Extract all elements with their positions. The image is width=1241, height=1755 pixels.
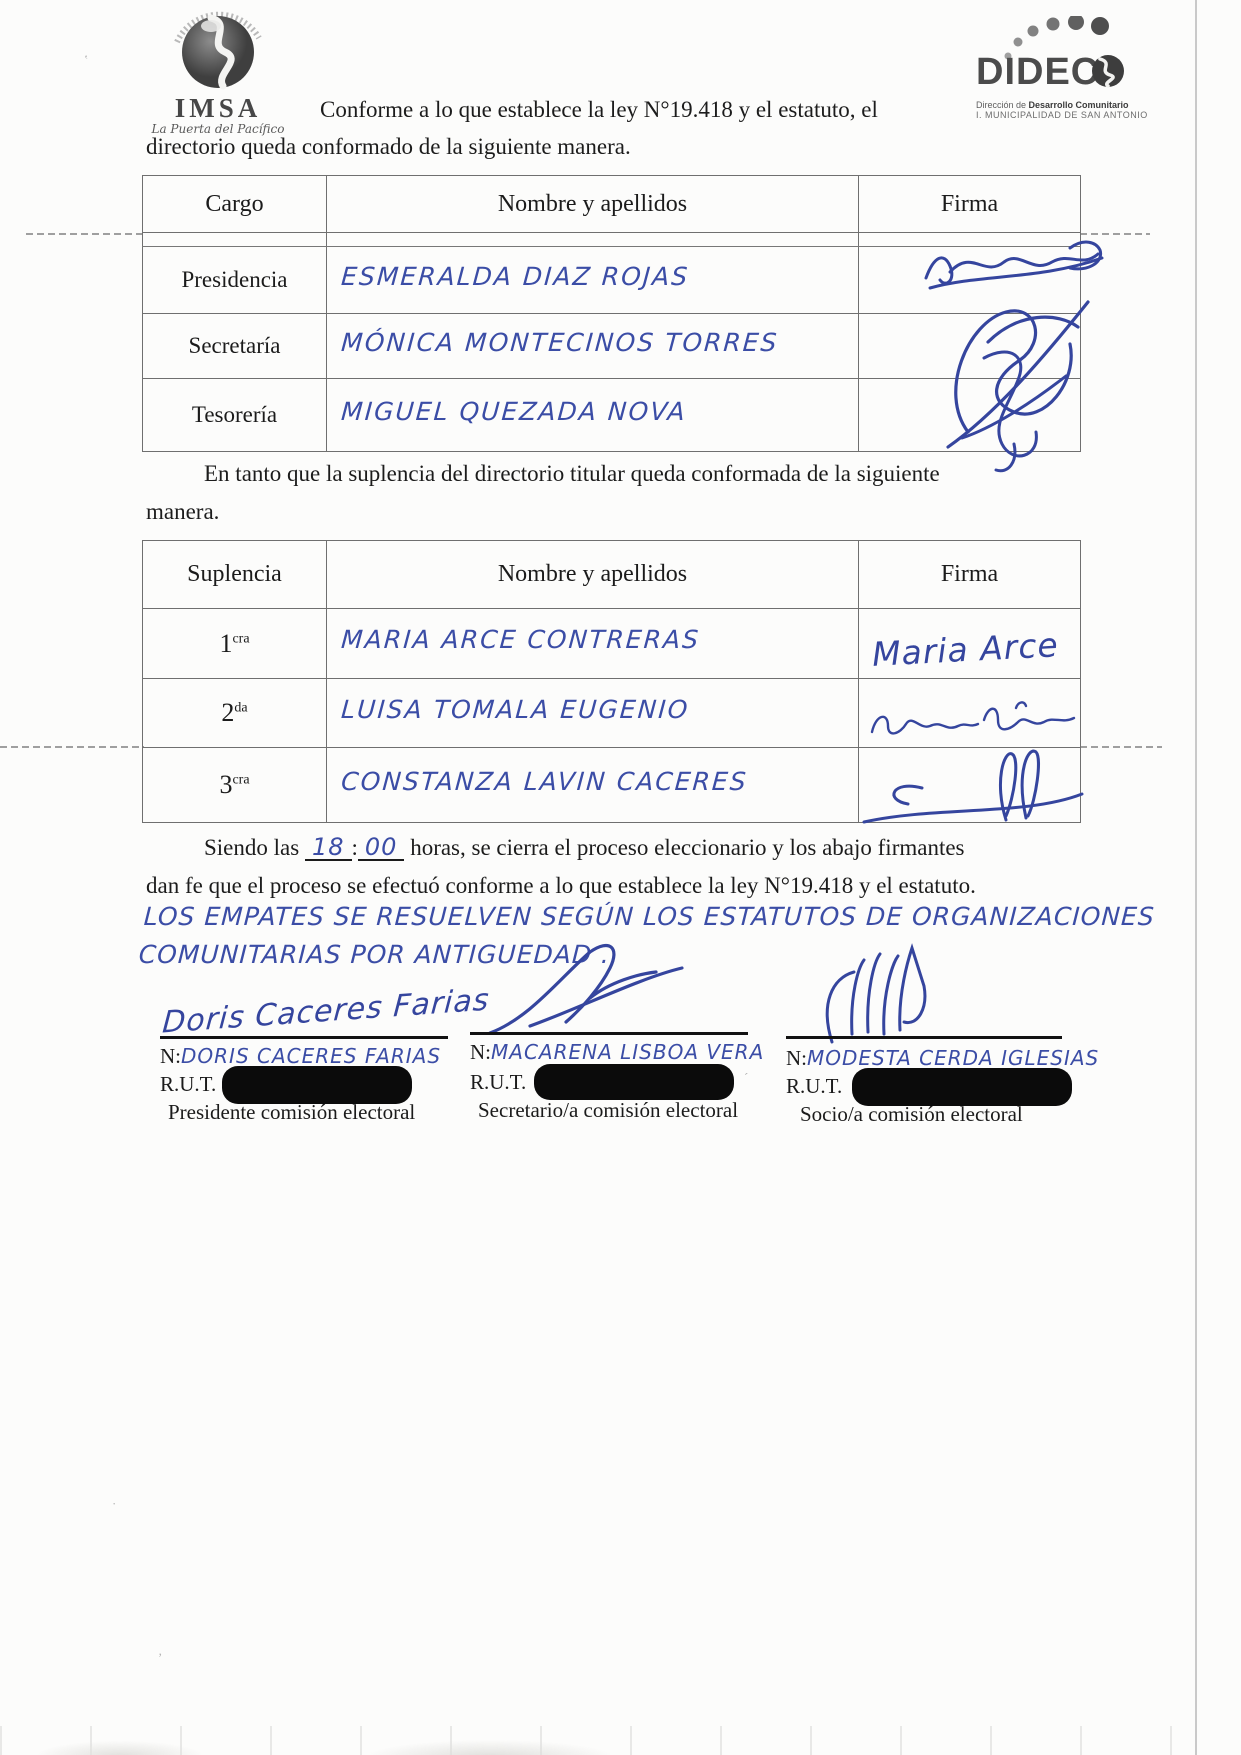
- dideco-logo: DIDEC Dirección de Desarrollo Comunitari…: [948, 16, 1198, 120]
- nombre-secretaria: MÓNICA MONTECINOS TORRES: [327, 314, 859, 379]
- signature-tesoreria: [944, 340, 1084, 480]
- minutos-value: 00: [365, 833, 398, 861]
- board-header-cargo: Cargo: [143, 176, 327, 233]
- n-label: N:: [470, 1040, 491, 1064]
- dideco-globe-icon: [1092, 55, 1124, 87]
- signer-3-name: MODESTA CERDA IGLESIAS: [807, 1046, 1099, 1070]
- nombre-suplente-3: CONSTANZA LAVIN CACERES: [327, 748, 859, 823]
- imsa-logo: IMSA La Puerta del Pacífico: [138, 8, 298, 136]
- middle-line-2: manera.: [146, 498, 219, 527]
- signer-2-name: MACARENA LISBOA VERA: [491, 1040, 764, 1064]
- imsa-globe-icon: [163, 8, 273, 92]
- board-header-nombre: Nombre y apellidos: [327, 176, 859, 233]
- cargo-secretaria: Secretaría: [143, 314, 327, 379]
- intro-line-2: directorio queda conformado de la siguie…: [146, 133, 631, 162]
- alternates-header-nombre: Nombre y apellidos: [327, 541, 859, 609]
- closing-prefix: Siendo las: [204, 835, 299, 860]
- scanned-election-document: ‛ · ’ IMSA La Puerta del Pacífico DIDEC: [0, 0, 1241, 1755]
- board-header-row: Cargo Nombre y apellidos Firma: [143, 176, 1081, 233]
- scan-speck: ´: [744, 1070, 748, 1086]
- signer-1-name: DORIS CACERES FARIAS: [181, 1044, 441, 1068]
- alternates-header-row: Suplencia Nombre y apellidos Firma: [143, 541, 1081, 609]
- hora-blank: 18: [305, 835, 352, 861]
- intro-line-1: Conforme a lo que establece la ley N°19.…: [320, 96, 878, 125]
- signature-line: [470, 1032, 748, 1035]
- orden-3: 3cra: [143, 748, 327, 823]
- signer-1-rut-label: R.U.T.: [160, 1072, 216, 1097]
- handwritten-note-line-1: LOS EMPATES SE RESUELVEN SEGÚN LOS ESTAT…: [143, 902, 1156, 931]
- alternates-header-suplencia: Suplencia: [143, 541, 327, 609]
- signature-secretario-comision: [470, 938, 700, 1043]
- cargo-tesoreria: Tesorería: [143, 379, 327, 452]
- signer-1-role: Presidente comisión electoral: [168, 1100, 415, 1125]
- n-label: N:: [160, 1044, 181, 1068]
- nombre-tesoreria: MIGUEL QUEZADA NOVA: [327, 379, 859, 452]
- signature-presidente-comision: Doris Caceres Farias: [161, 982, 491, 1040]
- n-label: N:: [786, 1046, 807, 1070]
- scan-artifact-dash: [1080, 746, 1162, 748]
- middle-line-1: En tanto que la suplencia del directorio…: [204, 460, 940, 489]
- signature-line: [160, 1036, 448, 1039]
- closing-rest: horas, se cierra el proceso eleccionario…: [410, 835, 964, 860]
- scan-artifact-dash: [26, 233, 144, 235]
- dideco-caption-line2: I. MUNICIPALIDAD DE SAN ANTONIO: [976, 110, 1198, 120]
- cargo-presidencia: Presidencia: [143, 247, 327, 314]
- signer-2-rut-label: R.U.T.: [470, 1070, 526, 1095]
- closing-line-2: dan fe que el proceso se efectuó conform…: [146, 872, 976, 901]
- alternates-header-firma: Firma: [859, 541, 1081, 609]
- signer-1-rut-redaction: [222, 1066, 412, 1104]
- nombre-suplente-1: MARIA ARCE CONTRERAS: [327, 609, 859, 679]
- nombre-presidencia: ESMERALDA DIAZ ROJAS: [327, 247, 859, 314]
- closing-line-1: Siendo las 18:00 horas, se cierra el pro…: [204, 834, 965, 863]
- signer-3-rut-label: R.U.T.: [786, 1074, 842, 1099]
- hora-value: 18: [312, 833, 345, 861]
- minutos-blank: 00: [358, 835, 405, 861]
- signer-2-rut-redaction: [534, 1064, 734, 1100]
- signer-3-role: Socio/a comisión electoral: [800, 1102, 1023, 1127]
- imsa-wordmark: IMSA: [138, 93, 298, 124]
- dideco-wordmark: DIDEC: [976, 51, 1099, 93]
- signature-suplente-3: [856, 742, 1086, 827]
- dideco-dots-icon: DIDEC: [948, 16, 1198, 94]
- scan-speck: ·: [112, 1496, 116, 1512]
- orden-1: 1cra: [143, 609, 327, 679]
- signature-line: [786, 1036, 1062, 1039]
- signer-3-rut-redaction: [852, 1068, 1072, 1106]
- signature-suplente-2: [866, 694, 1081, 749]
- orden-2: 2da: [143, 679, 327, 748]
- scan-edge-line: [1195, 0, 1197, 1755]
- signer-2-role: Secretario/a comisión electoral: [478, 1098, 738, 1123]
- scan-speck: ‛: [84, 52, 88, 68]
- scan-speck: ’: [158, 1650, 162, 1666]
- nombre-suplente-2: LUISA TOMALA EUGENIO: [327, 679, 859, 748]
- signature-socio-comision: [806, 930, 956, 1050]
- scan-bottom-smudge: [0, 1726, 1241, 1755]
- signer-2-name-row: N:MACARENA LISBOA VERA: [470, 1040, 764, 1065]
- board-header-firma: Firma: [859, 176, 1081, 233]
- scan-artifact-dash: [0, 746, 144, 748]
- dideco-caption-line1: Dirección de Desarrollo Comunitario: [976, 100, 1198, 110]
